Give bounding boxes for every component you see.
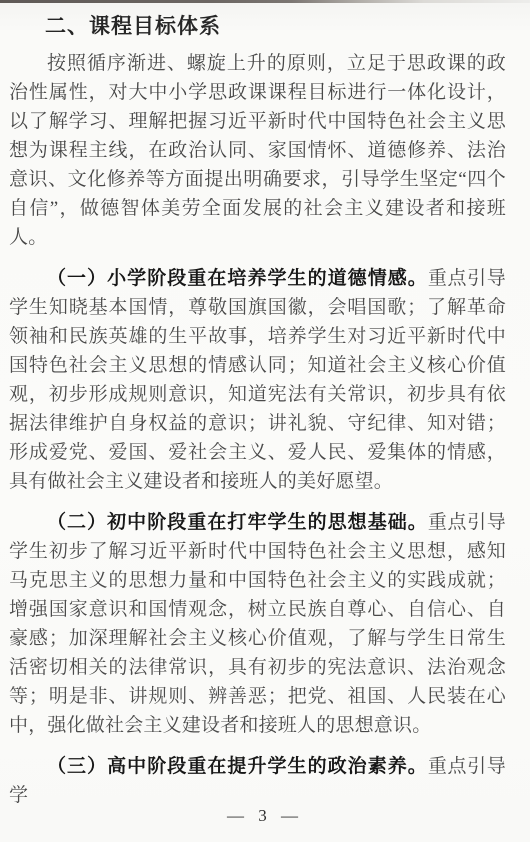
paragraph-primary-school: （一）小学阶段重在培养学生的道德情感。重点引导学生知晓基本国情，尊敬国旗国徽，会… [9,264,506,496]
paragraph-high-school-lead: （三）高中阶段重在提升学生的政治素养。 [47,756,428,777]
paragraph-middle-school-body: 重点引导学生初步了解习近平新时代中国特色社会主义思想，感知马克思主义的思想力量和… [9,512,506,736]
paragraph-high-school: （三）高中阶段重在提升学生的政治素养。重点引导学 [9,752,506,810]
scan-artifact-line [0,0,530,3]
page-number: — 3 — [0,806,530,826]
paragraph-primary-school-body: 重点引导学生知晓基本国情，尊敬国旗国徽，会唱国歌；了解革命领袖和民族英雄的生平故… [9,268,506,492]
paragraph-intro: 按照循序渐进、螺旋上升的原则，立足于思政课的政治性属性，对大中小学思政课课程目标… [9,49,506,252]
paragraph-middle-school-lead: （二）初中阶段重在打牢学生的思想基础。 [47,512,428,533]
section-heading: 二、课程目标体系 [9,13,506,40]
paragraph-middle-school: （二）初中阶段重在打牢学生的思想基础。重点引导学生初步了解习近平新时代中国特色社… [9,508,506,740]
document-page: 二、课程目标体系 按照循序渐进、螺旋上升的原则，立足于思政课的政治性属性，对大中… [0,0,530,842]
paragraph-primary-school-lead: （一）小学阶段重在培养学生的道德情感。 [47,268,428,289]
